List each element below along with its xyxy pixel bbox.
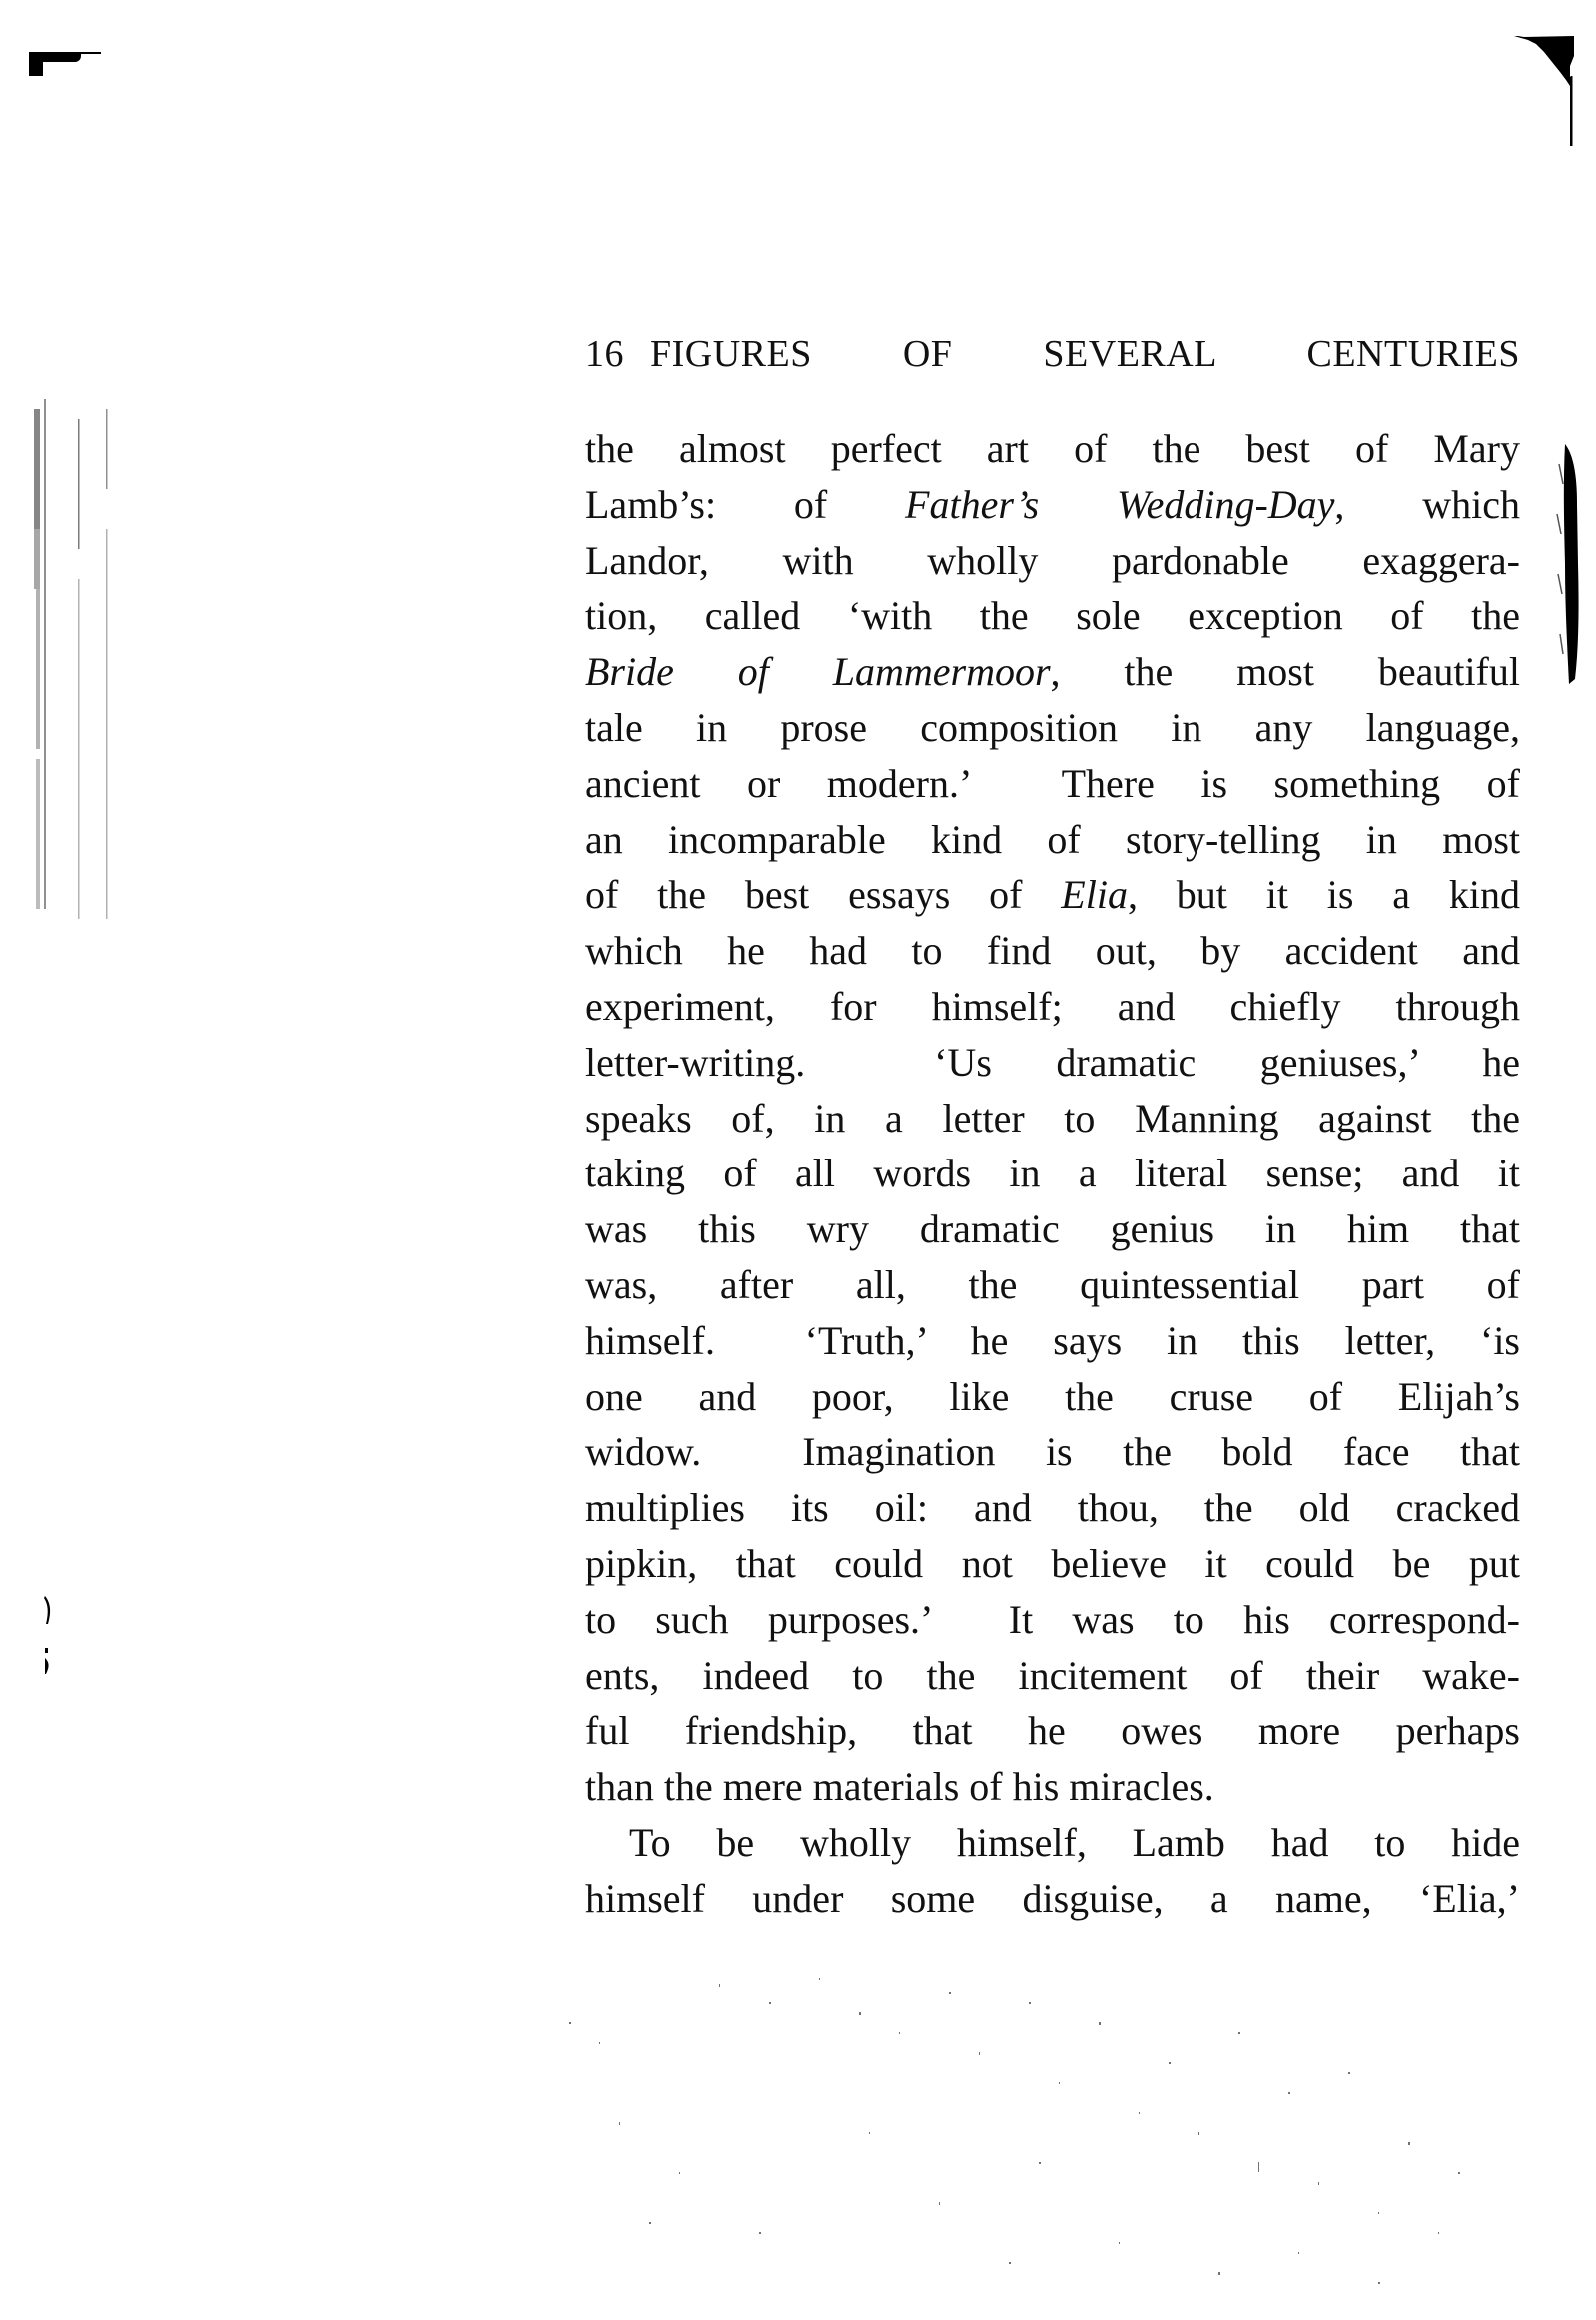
body-text: the almost perfect art of the best of Ma… (585, 421, 1520, 1927)
scan-artifact-top-left (29, 52, 83, 76)
text-line: was this wry dramatic genius in him that (585, 1201, 1520, 1257)
text-line: to such purposes.’ It was to his corresp… (585, 1592, 1520, 1648)
text-line: of the best essays of Elia, but it is a … (585, 867, 1520, 923)
text-run: tale in prose composition in any languag… (585, 705, 1520, 750)
text-run: letter-writing. ‘Us dramatic geniuses,’ … (585, 1040, 1520, 1085)
text-line: speaks of, in a letter to Manning agains… (585, 1091, 1520, 1147)
scan-artifact-top-right (1514, 36, 1574, 146)
text-line: than the mere materials of his miracles. (585, 1759, 1520, 1815)
page-text-block: 16 FIGURES OF SEVERAL CENTURIES the almo… (585, 330, 1520, 1927)
text-run: himself. ‘Truth,’ he says in this letter… (585, 1318, 1520, 1363)
text-line: ancient or modern.’ There is something o… (585, 756, 1520, 812)
text-run: widow. Imagination is the bold face that (585, 1429, 1520, 1474)
scan-artifact-page-edge (1551, 444, 1583, 684)
text-line: widow. Imagination is the bold face that (585, 1424, 1520, 1480)
scan-artifact-bottom-speckle (559, 1972, 1518, 2302)
italic-title: Bride of Lammermoor (585, 649, 1051, 694)
text-run: an incomparable kind of story-telling in… (585, 817, 1520, 862)
text-run: ents, indeed to the incitement of their … (585, 1653, 1520, 1698)
text-run: , but it is a kind (1128, 872, 1520, 917)
text-line: himself. ‘Truth,’ he says in this letter… (585, 1313, 1520, 1369)
text-run: taking of all words in a literal sense; … (585, 1151, 1520, 1195)
italic-title: Elia (1061, 872, 1128, 917)
text-run: speaks of, in a letter to Manning agains… (585, 1096, 1520, 1141)
text-line: taking of all words in a literal sense; … (585, 1146, 1520, 1201)
page-number: 16 (585, 330, 624, 378)
text-run: , which (1334, 482, 1520, 527)
text-line: To be wholly himself, Lamb had to hide (585, 1815, 1520, 1871)
text-run: , the most beautiful (1051, 649, 1520, 694)
text-line: ents, indeed to the incitement of their … (585, 1648, 1520, 1704)
text-line: tion, called ‘with the sole exception of… (585, 588, 1520, 644)
text-line: tale in prose composition in any languag… (585, 700, 1520, 756)
text-run: was this wry dramatic genius in him that (585, 1206, 1520, 1251)
text-run: one and poor, like the cruse of Elijah’s (585, 1374, 1520, 1419)
text-line: ful friendship, that he owes more perhap… (585, 1703, 1520, 1759)
scan-artifact-left-bracket (44, 1596, 54, 1686)
text-line: himself under some disguise, a name, ‘El… (585, 1871, 1520, 1927)
running-head: 16 FIGURES OF SEVERAL CENTURIES (585, 330, 1520, 378)
text-run: experiment, for himself; and chiefly thr… (585, 984, 1520, 1029)
text-run: ful friendship, that he owes more perhap… (585, 1708, 1520, 1753)
text-line: was, after all, the quintessential part … (585, 1257, 1520, 1313)
text-run: multiplies its oil: and thou, the old cr… (585, 1485, 1520, 1530)
text-run: than the mere materials of his miracles. (585, 1764, 1214, 1809)
text-run: which he had to find out, by accident an… (585, 928, 1520, 973)
text-run: pipkin, that could not believe it could … (585, 1541, 1520, 1586)
scanned-book-page: 16 FIGURES OF SEVERAL CENTURIES the almo… (0, 0, 1596, 2320)
text-line: multiplies its oil: and thou, the old cr… (585, 1480, 1520, 1536)
text-line: letter-writing. ‘Us dramatic geniuses,’ … (585, 1035, 1520, 1091)
text-run: the almost perfect art of the best of Ma… (585, 426, 1520, 471)
text-run: Lamb’s: of (585, 482, 905, 527)
text-run: tion, called ‘with the sole exception of… (585, 593, 1520, 638)
scan-artifact-left-margin (32, 380, 112, 919)
text-run: ancient or modern.’ There is something o… (585, 761, 1520, 806)
italic-title: Father’s Wedding-Day (905, 482, 1334, 527)
text-line: the almost perfect art of the best of Ma… (585, 421, 1520, 477)
text-run: to such purposes.’ It was to his corresp… (585, 1597, 1520, 1642)
text-line: an incomparable kind of story-telling in… (585, 812, 1520, 868)
text-run: Landor, with wholly pardonable exaggera- (585, 538, 1520, 583)
text-line: experiment, for himself; and chiefly thr… (585, 979, 1520, 1035)
text-run: To be wholly himself, Lamb had to hide (629, 1820, 1520, 1865)
running-head-title: FIGURES OF SEVERAL CENTURIES (650, 330, 1520, 378)
text-line: Bride of Lammermoor, the most beautiful (585, 644, 1520, 700)
text-line: one and poor, like the cruse of Elijah’s (585, 1369, 1520, 1425)
text-line: Lamb’s: of Father’s Wedding-Day, which (585, 477, 1520, 533)
text-line: which he had to find out, by accident an… (585, 923, 1520, 979)
text-line: pipkin, that could not believe it could … (585, 1536, 1520, 1592)
text-run: of the best essays of (585, 872, 1061, 917)
text-run: was, after all, the quintessential part … (585, 1262, 1520, 1307)
text-line: Landor, with wholly pardonable exaggera- (585, 533, 1520, 589)
text-run: himself under some disguise, a name, ‘El… (585, 1876, 1520, 1921)
